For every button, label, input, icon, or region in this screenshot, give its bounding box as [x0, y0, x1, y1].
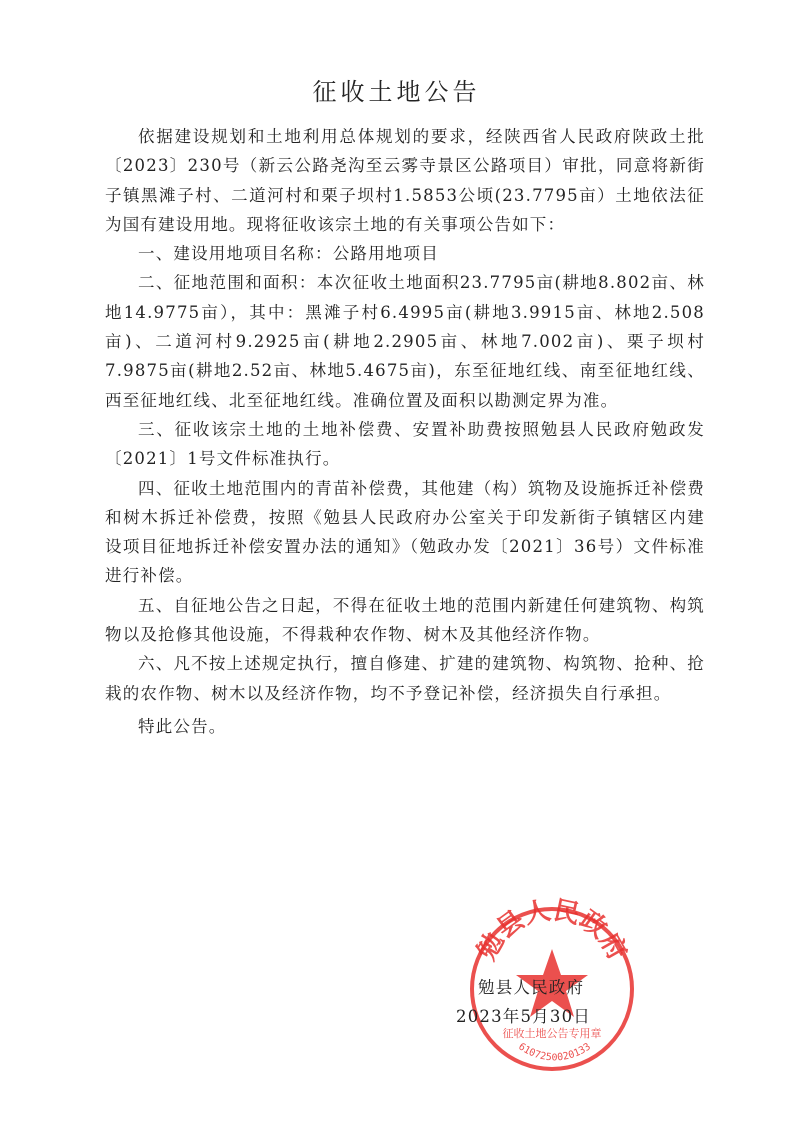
- paragraph-2-scope-area: 二、征地范围和面积：本次征收土地面积23.7795亩(耕地8.802亩、林地14…: [105, 268, 705, 414]
- paragraph-closing: 特此公告。: [105, 712, 705, 741]
- signature-date: 2023年5月30日: [456, 1002, 591, 1031]
- document-body: 依据建设规划和土地利用总体规划的要求，经陕西省人民政府陕政土批〔2023〕230…: [105, 122, 705, 741]
- document-title: 征收土地公告: [0, 72, 793, 107]
- paragraph-6-penalty: 六、凡不按上述规定执行，擅自修建、扩建的建筑物、构筑物、抢种、抢栽的农作物、树木…: [105, 649, 705, 708]
- paragraph-5-prohibition: 五、自征地公告之日起，不得在征收土地的范围内新建任何建筑物、构筑物以及抢修其他设…: [105, 591, 705, 650]
- svg-text:6107250020133: 6107250020133: [516, 1041, 593, 1063]
- paragraph-intro: 依据建设规划和土地利用总体规划的要求，经陕西省人民政府陕政土批〔2023〕230…: [105, 122, 705, 239]
- signature-organization: 勉县人民政府: [470, 973, 591, 1002]
- paragraph-4-seedling-compensation: 四、征收土地范围内的青苗补偿费，其他建（构）筑物及设施拆迁补偿费和树木拆迁补偿费…: [105, 474, 705, 591]
- signature-block: 勉县人民政府 2023年5月30日: [470, 973, 591, 1031]
- seal-code: 6107250020133: [516, 1041, 593, 1063]
- paragraph-1-project-name: 一、建设用地项目名称：公路用地项目: [105, 239, 705, 268]
- paragraph-3-compensation: 三、征收该宗土地的土地补偿费、安置补助费按照勉县人民政府勉政发〔2021〕1号文…: [105, 415, 705, 474]
